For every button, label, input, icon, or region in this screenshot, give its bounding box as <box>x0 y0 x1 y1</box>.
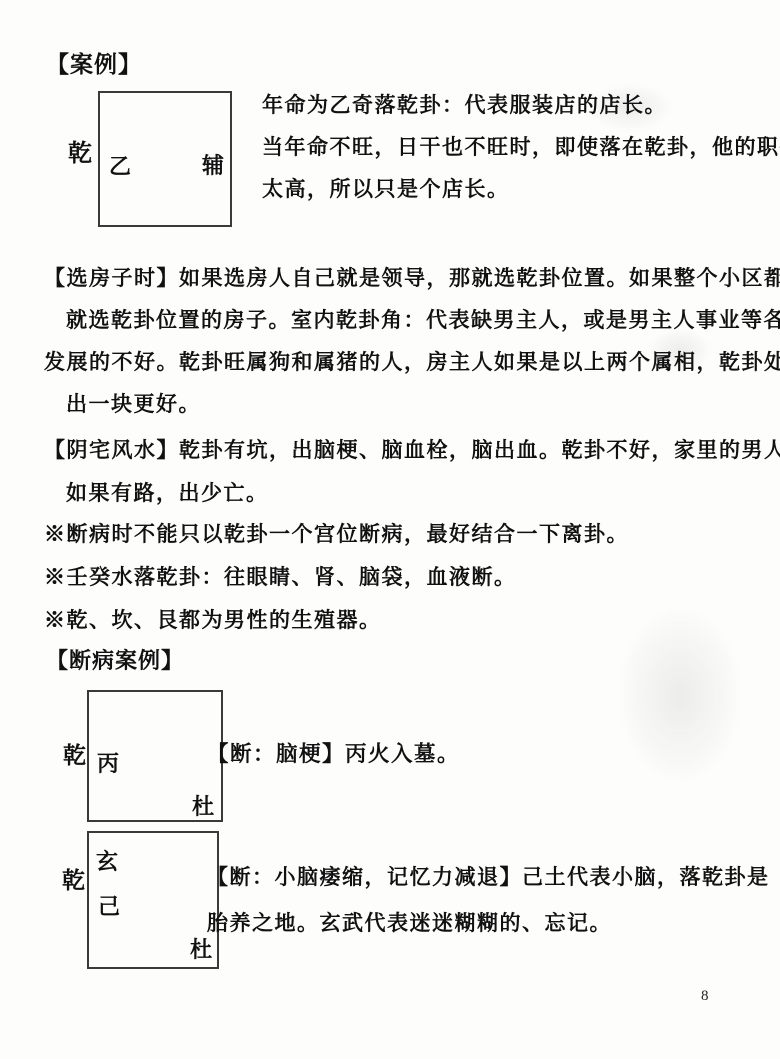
text-line: 发展的不好。乾卦旺属狗和属猪的人，房主人如果是以上两个属相，乾卦处多 <box>44 341 780 383</box>
text-line: 【选房子时】如果选房人自己就是领导，那就选乾卦位置。如果整个小区都很好， <box>44 257 780 299</box>
note-line: ※乾、坎、艮都为男性的生殖器。 <box>44 599 629 642</box>
case-heading: 【案例】 <box>46 46 142 79</box>
note-line: ※壬癸水落乾卦：往眼睛、肾、脑袋，血液断。 <box>44 556 629 599</box>
text-line: 年命为乙奇落乾卦：代表服装店的店长。 <box>262 84 780 126</box>
text-line: 就选乾卦位置的房子。室内乾卦角：代表缺男主人，或是男主人事业等各方面 <box>44 299 780 341</box>
stem-label: 己 <box>98 890 120 921</box>
yin-house-paragraph: 【阴宅风水】乾卦有坑，出脑梗、脑血栓，脑出血。乾卦不好，家里的男人都差。 如果有… <box>44 429 780 515</box>
text-line: 太高，所以只是个店长。 <box>262 168 780 210</box>
page-number: 8 <box>701 988 709 1005</box>
notes-block: ※断病时不能只以乾卦一个宫位断病，最好结合一下离卦。 ※壬癸水落乾卦：往眼睛、肾… <box>44 513 629 642</box>
stem-label: 乙 <box>109 150 131 181</box>
text-line: 胎养之地。玄武代表迷迷糊糊的、忘记。 <box>207 900 770 946</box>
scan-artifact <box>620 610 740 780</box>
diagnosis-heading: 【断病案例】 <box>46 644 184 675</box>
star-label: 辅 <box>202 149 224 180</box>
note-line: ※断病时不能只以乾卦一个宫位断病，最好结合一下离卦。 <box>44 513 629 556</box>
diagnosis-case1-text: 【断：脑梗】丙火入墓。 <box>207 737 460 768</box>
text-line: 如果有路，出少亡。 <box>44 472 780 515</box>
text-line: 出一块更好。 <box>44 383 780 425</box>
palace-label: 乾 <box>62 862 85 895</box>
deity-label: 玄 <box>96 845 118 876</box>
text-line: 【阴宅风水】乾卦有坑，出脑梗、脑血栓，脑出血。乾卦不好，家里的男人都差。 <box>44 429 780 472</box>
stem-label: 丙 <box>97 747 119 778</box>
document-page: 【案例】 乾 乙 辅 年命为乙奇落乾卦：代表服装店的店长。 当年命不旺，日干也不… <box>0 0 780 1059</box>
gate-label: 杜 <box>192 790 214 821</box>
text-line: 当年命不旺，日干也不旺时，即使落在乾卦，他的职位 <box>262 126 780 168</box>
case-text-block: 年命为乙奇落乾卦：代表服装店的店长。 当年命不旺，日干也不旺时，即使落在乾卦，他… <box>262 84 780 210</box>
house-selection-paragraph: 【选房子时】如果选房人自己就是领导，那就选乾卦位置。如果整个小区都很好， 就选乾… <box>44 257 780 425</box>
diagnosis-case2-text-block: 【断：小脑痿缩，记忆力减退】己土代表小脑，落乾卦是 胎养之地。玄武代表迷迷糊糊的… <box>207 854 770 946</box>
palace-label: 乾 <box>63 737 86 770</box>
palace-label: 乾 <box>68 133 92 168</box>
text-line: 【断：小脑痿缩，记忆力减退】己土代表小脑，落乾卦是 <box>207 854 770 900</box>
